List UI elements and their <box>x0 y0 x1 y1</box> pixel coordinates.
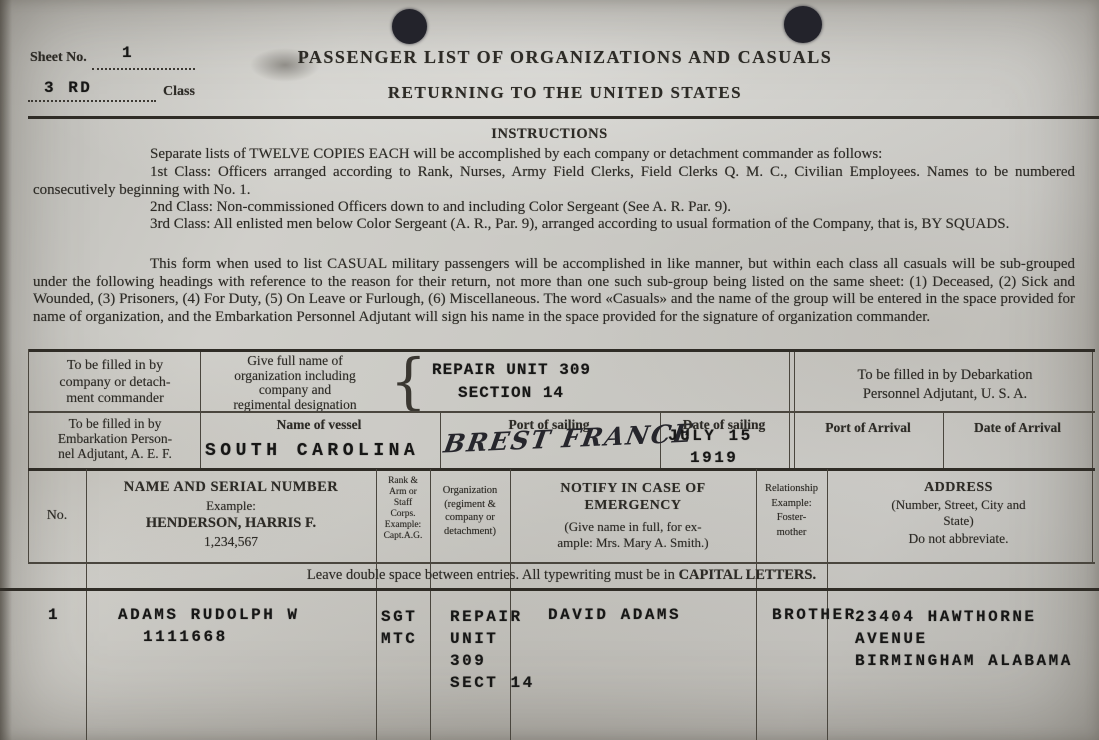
vessel-row-divider-4 <box>943 412 944 470</box>
org-row-right-label: To be filled in by Debarkation Personnel… <box>800 366 1090 404</box>
col-header-name-line2: Example: <box>86 498 376 514</box>
date-of-sailing-value-line2: 1919 <box>690 449 738 467</box>
note-text: Leave double space between entries. All … <box>307 567 679 583</box>
instructions-heading: INSTRUCTIONS <box>0 126 1099 143</box>
brace-glyph: { <box>390 351 427 412</box>
paper-torn-edge <box>0 0 12 740</box>
col-header-relationship: Relationship Example: Foster- mother <box>756 482 827 540</box>
form-title-line1: PASSENGER LIST OF ORGANIZATIONS AND CASU… <box>260 47 870 68</box>
row-organization: REPAIR UNIT 309 SECT 14 <box>450 606 535 694</box>
col-header-name-line4: 1,234,567 <box>86 534 376 550</box>
sheet-no-dotted-line <box>92 67 195 70</box>
instructions-paragraph-4: 3rd Class: All enlisted men below Color … <box>33 216 1075 234</box>
note-row-top-rule <box>28 562 1095 564</box>
instructions-paragraph-3: 2nd Class: Non-commissioned Officers dow… <box>33 199 1075 217</box>
punch-hole-left <box>392 9 427 44</box>
col-header-notify-line2: EMERGENCY <box>510 498 756 514</box>
punch-hole-right <box>784 6 822 43</box>
note-row-bottom-rule <box>0 588 1099 591</box>
col-header-address-line3: Do not abbreviate. <box>827 531 1090 547</box>
row-rank: SGT MTC <box>381 606 417 650</box>
sheet-no-value: 1 <box>122 44 134 62</box>
scanned-passenger-list-form: Sheet No. 1 3 RD Class PASSENGER LIST OF… <box>0 0 1099 740</box>
name-of-vessel-label: Name of vessel <box>200 417 438 433</box>
row-name: ADAMS RUDOLPH W <box>118 606 300 624</box>
class-dotted-line <box>28 99 156 102</box>
row-notify: DAVID ADAMS <box>548 606 681 624</box>
vessel-name-value: SOUTH CAROLINA <box>205 441 419 461</box>
organization-value-line1: REPAIR UNIT 309 <box>432 361 591 379</box>
form-left-border <box>28 349 29 563</box>
vessel-row-top-rule <box>28 411 1095 413</box>
row-relationship: BROTHER <box>772 606 857 624</box>
sheet-no-label: Sheet No. <box>30 50 87 66</box>
class-label: Class <box>163 84 195 100</box>
col-header-address-line2: (Number, Street, City and State) <box>827 497 1090 528</box>
col-header-rank: Rank & Arm or Staff Corps. Example: Capt… <box>376 476 430 542</box>
class-value: 3 RD <box>44 79 92 97</box>
row-serial-number: 1111668 <box>143 628 228 646</box>
col-header-notify-line3: (Give name in full, for ex- ample: Mrs. … <box>510 519 756 551</box>
row-no: 1 <box>48 606 60 624</box>
note-text-bold: CAPITAL LETTERS. <box>679 567 817 583</box>
table-top-rule <box>28 468 1095 471</box>
instructions-paragraph-1: Separate lists of TWELVE COPIES EACH wil… <box>33 146 1075 164</box>
col-header-organization: Organization (regiment & company or deta… <box>430 484 510 538</box>
col-header-address-line1: ADDRESS <box>827 480 1090 496</box>
date-of-sailing-value-line1: JULY 15 <box>668 427 753 445</box>
instructions-paragraph-5: This form when used to list CASUAL milit… <box>33 256 1075 326</box>
col-header-name-line1: NAME AND SERIAL NUMBER <box>86 479 376 496</box>
note-row: Leave double space between entries. All … <box>28 567 1095 584</box>
col-header-name-line3: HENDERSON, HARRIS F. <box>86 515 376 532</box>
instructions-paragraph-2: 1st Class: Officers arranged according t… <box>33 164 1075 199</box>
col-header-notify-line1: NOTIFY IN CASE OF <box>510 481 756 497</box>
form-top-rule <box>28 349 1095 352</box>
vessel-row-left-label: To be filled in by Embarkation Person- n… <box>32 416 198 461</box>
org-row-left-label: To be filled in by company or detach- me… <box>32 358 198 408</box>
header-rule <box>28 116 1099 119</box>
organization-value-line2: SECTION 14 <box>458 384 564 402</box>
org-name-instruction-label: Give full name of organization including… <box>200 354 390 412</box>
form-right-border <box>1092 352 1093 563</box>
port-of-arrival-label: Port of Arrival <box>795 420 941 436</box>
date-of-arrival-label: Date of Arrival <box>945 420 1090 436</box>
row-address: 23404 HAWTHORNE AVENUE BIRMINGHAM ALABAM… <box>855 606 1073 672</box>
col-header-no: No. <box>28 508 86 524</box>
form-title-line2: RETURNING TO THE UNITED STATES <box>260 83 870 103</box>
